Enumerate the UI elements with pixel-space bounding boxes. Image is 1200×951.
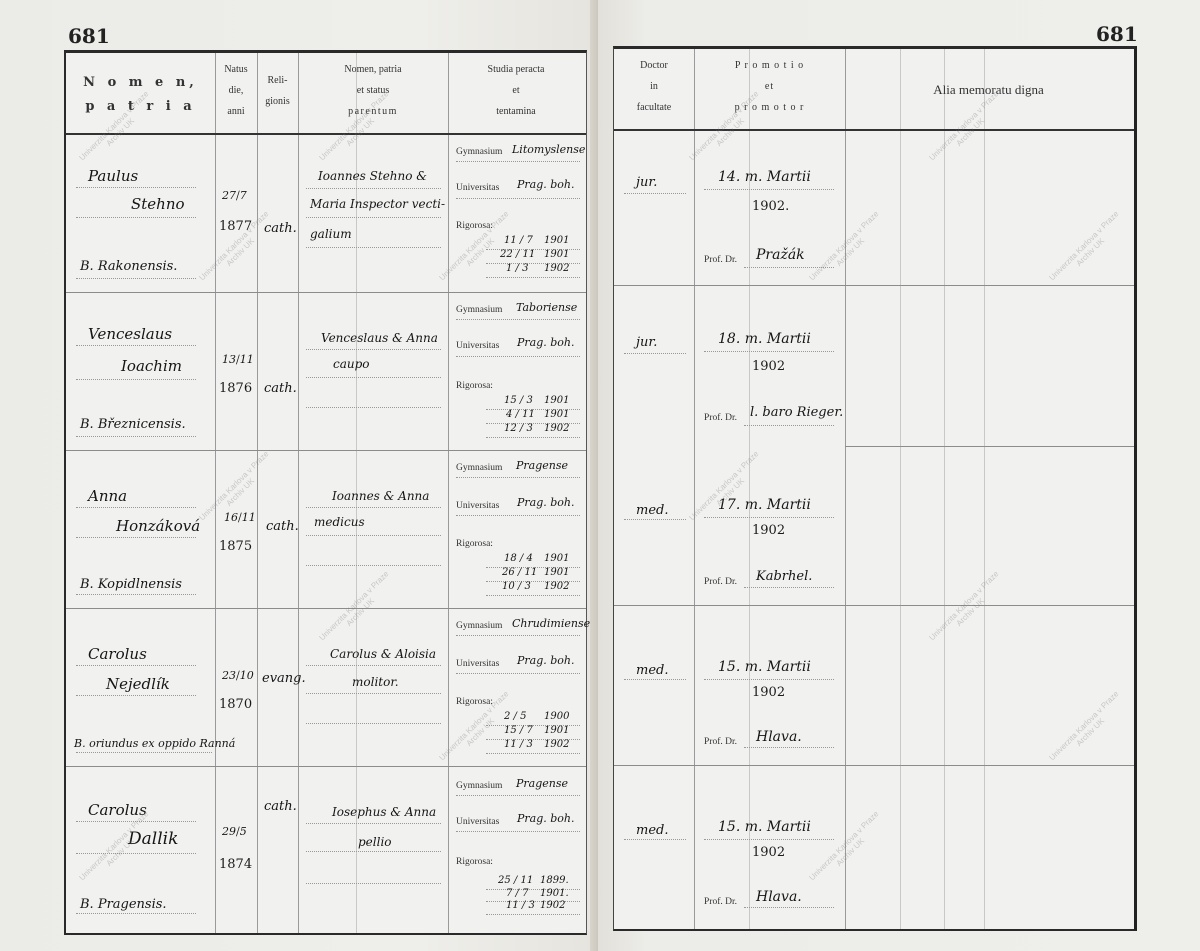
- dotted-line: [624, 193, 686, 194]
- entry-row-left: Anna Honzáková B. Kopidlnensis 16/11 187…: [66, 451, 586, 608]
- header-line: anni: [215, 101, 257, 122]
- promotor: Hlava.: [756, 889, 802, 905]
- dotted-line: [76, 752, 212, 753]
- parents-line3: galium: [310, 227, 352, 241]
- promotio-year: 1902: [752, 685, 785, 700]
- header-line: p a t r i a: [66, 95, 215, 119]
- rigorosum-year: 1901: [544, 725, 569, 736]
- natus-day-month: 29/5: [222, 825, 247, 838]
- universitas-label: Universitas: [456, 341, 499, 351]
- doctor-faculty: med.: [636, 503, 668, 518]
- parents-line1: Ioannes Stehno &: [318, 169, 427, 183]
- entry-row-right: med. 15. m. Martii 1902 Prof. Dr. Hlava.: [614, 767, 1134, 927]
- header-line: in: [614, 76, 694, 97]
- rigorosum-year: 1902: [544, 739, 569, 750]
- dotted-line: [456, 673, 580, 674]
- dotted-line: [306, 247, 441, 248]
- rigorosum-year: 1902: [544, 423, 569, 434]
- dotted-line: [624, 353, 686, 354]
- dotted-line: [624, 519, 686, 520]
- dotted-line: [486, 437, 580, 438]
- promotor: Kabrhel.: [756, 569, 812, 584]
- rigorosum-date: 11 / 7: [504, 235, 533, 246]
- patria: B. Kopidlnensis: [80, 577, 182, 592]
- rigorosum-date: 10 / 3: [502, 581, 531, 592]
- header-line: gionis: [257, 91, 298, 112]
- natus-day-month: 23/10: [222, 669, 254, 682]
- parents-line1: Iosephus & Anna: [332, 805, 436, 819]
- universitas-label: Universitas: [456, 659, 499, 669]
- promotio-date: 15. m. Martii: [718, 659, 811, 675]
- header-line: Reli-: [257, 70, 298, 91]
- universitas-label: Universitas: [456, 183, 499, 193]
- promotio-year: 1902: [752, 359, 785, 374]
- rigorosa-label: Rigorosa:: [456, 221, 493, 231]
- header-line: et: [448, 80, 584, 101]
- natus-year: 1870: [219, 697, 252, 712]
- gymnasium-label: Gymnasium: [456, 621, 502, 631]
- page-number-right: 681: [1096, 22, 1138, 46]
- natus-day-month: 16/11: [224, 511, 256, 524]
- dotted-line: [744, 267, 834, 268]
- parents-line2: medicus: [314, 515, 365, 529]
- dotted-line: [76, 695, 196, 696]
- prof-dr-label: Prof. Dr.: [704, 255, 737, 265]
- prof-dr-label: Prof. Dr.: [704, 737, 737, 747]
- natus-day-month: 13/11: [222, 353, 254, 366]
- rigorosum-year: 1902: [544, 581, 569, 592]
- rigorosum-year: 1899.: [540, 875, 569, 886]
- rigorosum-date: 2 / 5: [504, 711, 526, 722]
- header-nomen-patria: N o m e n, p a t r i a: [66, 71, 215, 119]
- dotted-line: [486, 595, 580, 596]
- universitas-label: Universitas: [456, 501, 499, 511]
- header-line: P r o m o t i o: [694, 55, 845, 76]
- dotted-line: [744, 747, 834, 748]
- rigorosum-year: 1901: [544, 553, 569, 564]
- dotted-line: [456, 356, 580, 357]
- gymnasium-label: Gymnasium: [456, 305, 502, 315]
- header-line: facultate: [614, 97, 694, 118]
- natus-year: 1874: [219, 857, 252, 872]
- prof-dr-label: Prof. Dr.: [704, 413, 737, 423]
- rigorosum-year: 1901: [544, 395, 569, 406]
- dotted-line: [76, 507, 196, 508]
- parents-line1: Venceslaus & Anna: [321, 331, 438, 345]
- gymnasium-value: Pragense: [516, 777, 568, 790]
- left-page: 681 N o m e n, p a t r i a Natus die, an…: [0, 0, 598, 951]
- prof-dr-label: Prof. Dr.: [704, 897, 737, 907]
- natus-month: 11: [240, 353, 254, 366]
- dotted-line: [456, 477, 580, 478]
- dotted-line: [76, 436, 196, 437]
- page-number-left: 681: [68, 24, 110, 48]
- natus-day: 13: [222, 353, 236, 366]
- promotio-date: 17. m. Martii: [718, 497, 811, 513]
- row-rule: [614, 765, 1134, 766]
- rigorosum-date: 25 / 11: [498, 875, 533, 886]
- dotted-line: [76, 537, 196, 538]
- dotted-line: [456, 319, 580, 320]
- gymnasium-label: Gymnasium: [456, 463, 502, 473]
- doctor-faculty: med.: [636, 823, 668, 838]
- right-register-table: Doctor in facultate P r o m o t i o et p…: [613, 46, 1137, 931]
- rigorosum-date: 15 / 7: [504, 725, 533, 736]
- surname: Dallik: [128, 829, 178, 849]
- gymnasium-value: Pragense: [516, 459, 568, 472]
- surname: Stehno: [131, 195, 185, 213]
- rigorosum-year: 1901: [544, 235, 569, 246]
- header-line: p r o m o t o r: [694, 97, 845, 118]
- dotted-line: [306, 665, 441, 666]
- header-line: et: [694, 76, 845, 97]
- patria: B. Pragensis.: [80, 897, 167, 912]
- dotted-line: [76, 665, 196, 666]
- header-natus: Natus die, anni: [215, 59, 257, 122]
- rigorosa-label: Rigorosa:: [456, 697, 493, 707]
- dotted-line: [456, 515, 580, 516]
- dotted-line: [456, 831, 580, 832]
- natus-day: 23: [222, 669, 236, 682]
- dotted-line: [76, 594, 196, 595]
- dotted-line: [704, 189, 834, 190]
- entry-row-right: jur. 14. m. Martii 1902. Prof. Dr. Pražá…: [614, 131, 1134, 285]
- right-page: 681 Doctor in facultate P r o m o t i o …: [598, 0, 1200, 951]
- dotted-line: [306, 723, 441, 724]
- row-rule: [614, 605, 1134, 606]
- header-promotio: P r o m o t i o et p r o m o t o r: [694, 55, 845, 118]
- entry-row-right: med. 17. m. Martii 1902 Prof. Dr. Kabrhe…: [614, 447, 1134, 605]
- header-line: Doctor: [614, 55, 694, 76]
- entry-row-left: Paulus Stehno B. Rakonensis. 27/7 1877 c…: [66, 135, 586, 292]
- dotted-line: [306, 851, 441, 852]
- dotted-line: [486, 914, 580, 915]
- given-name: Carolus: [88, 645, 147, 663]
- religion: cath.: [266, 519, 299, 534]
- doctor-faculty: jur.: [636, 335, 657, 350]
- dotted-line: [306, 188, 441, 189]
- dotted-line: [76, 187, 196, 188]
- dotted-line: [306, 217, 441, 218]
- dotted-line: [704, 839, 834, 840]
- header-alia-memoratu-digna: Alia memoratu digna: [845, 79, 1132, 100]
- entry-row-left: Carolus Nejedlík B. oriundus ex oppido R…: [66, 609, 586, 766]
- natus-year: 1876: [219, 381, 252, 396]
- parents-line1: Carolus & Aloisia: [330, 647, 436, 661]
- header-doctor: Doctor in facultate: [614, 55, 694, 118]
- dotted-line: [456, 198, 580, 199]
- entry-row-right: med. 15. m. Martii 1902 Prof. Dr. Hlava.: [614, 607, 1134, 765]
- parents-line2: pellio: [358, 835, 392, 849]
- dotted-line: [306, 507, 441, 508]
- dotted-line: [306, 535, 441, 536]
- rigorosum-date: 4 / 11: [506, 409, 535, 420]
- parents-line2: molitor.: [352, 675, 399, 689]
- dotted-line: [624, 679, 686, 680]
- dotted-line: [704, 351, 834, 352]
- doctor-faculty: med.: [636, 663, 668, 678]
- dotted-line: [306, 377, 441, 378]
- natus-day: 29: [222, 825, 236, 838]
- header-line: Natus: [215, 59, 257, 80]
- patria: B. Rakonensis.: [80, 259, 177, 274]
- rigorosum-year: 1902: [544, 263, 569, 274]
- dotted-line: [76, 217, 196, 218]
- universitas-label: Universitas: [456, 817, 499, 827]
- rigorosum-date: 7 / 7: [506, 888, 528, 899]
- natus-year: 1877: [219, 219, 252, 234]
- religion: cath.: [264, 381, 297, 396]
- rigorosum-year: 1901: [544, 409, 569, 420]
- rigorosum-year: 1901: [544, 567, 569, 578]
- gymnasium-value: Chrudimiense: [512, 617, 590, 630]
- given-name: Anna: [88, 487, 127, 505]
- universitas-value: Prag. boh.: [517, 336, 575, 349]
- dotted-line: [744, 907, 834, 908]
- universitas-value: Prag. boh.: [517, 178, 575, 191]
- header-line: tentamina: [448, 101, 584, 122]
- dotted-line: [456, 161, 580, 162]
- patria: B. Březnicensis.: [80, 417, 186, 432]
- promotor: l. baro Rieger.: [750, 405, 843, 420]
- header-line: Studia peracta: [448, 59, 584, 80]
- dotted-line: [76, 853, 196, 854]
- natus-day: 27: [222, 189, 236, 202]
- patria: B. oriundus ex oppido Ranná: [74, 737, 235, 750]
- dotted-line: [486, 753, 580, 754]
- dotted-line: [624, 839, 686, 840]
- gymnasium-label: Gymnasium: [456, 781, 502, 791]
- header-studia: Studia peracta et tentamina: [448, 59, 584, 122]
- religion: evang.: [262, 671, 306, 686]
- natus-day-month: 27/7: [222, 189, 247, 202]
- promotor: Pražák: [756, 247, 805, 263]
- rigorosum-year: 1901: [544, 249, 569, 260]
- rigorosum-date: 12 / 3: [504, 423, 533, 434]
- universitas-value: Prag. boh.: [517, 496, 575, 509]
- dotted-line: [306, 693, 441, 694]
- rigorosum-date: 11 / 3: [504, 739, 533, 750]
- promotio-date: 18. m. Martii: [718, 331, 811, 347]
- rigorosa-label: Rigorosa:: [456, 857, 493, 867]
- promotor: Hlava.: [756, 729, 802, 745]
- dotted-line: [704, 679, 834, 680]
- header-line: N o m e n,: [66, 71, 215, 95]
- promotio-date: 15. m. Martii: [718, 819, 811, 835]
- surname: Honzáková: [116, 517, 200, 535]
- gymnasium-value: Litomyslense: [512, 143, 585, 156]
- dotted-line: [744, 587, 834, 588]
- universitas-value: Prag. boh.: [517, 654, 575, 667]
- header-line: parentum: [298, 101, 448, 122]
- left-register-table: N o m e n, p a t r i a Natus die, anni R…: [64, 50, 587, 935]
- natus-day: 16: [224, 511, 238, 524]
- dotted-line: [76, 345, 196, 346]
- rigorosum-date: 26 / 11: [502, 567, 537, 578]
- doctor-faculty: jur.: [636, 175, 657, 190]
- rigorosum-date: 22 / 11: [500, 249, 535, 260]
- promotio-year: 1902.: [752, 199, 789, 214]
- gymnasium-label: Gymnasium: [456, 147, 502, 157]
- dotted-line: [306, 565, 441, 566]
- entry-row-right: jur. 18. m. Martii 1902 Prof. Dr. l. bar…: [614, 287, 1134, 445]
- parents-line1: Ioannes & Anna: [332, 489, 429, 503]
- dotted-line: [456, 635, 580, 636]
- row-rule: [614, 285, 1134, 286]
- header-line: Nomen, patria: [298, 59, 448, 80]
- rigorosum-year: 1900: [544, 711, 569, 722]
- surname: Nejedlík: [106, 675, 170, 693]
- given-name: Carolus: [88, 801, 147, 819]
- rigorosa-label: Rigorosa:: [456, 539, 493, 549]
- header-line: et status: [298, 80, 448, 101]
- dotted-line: [704, 517, 834, 518]
- natus-year: 1875: [219, 539, 252, 554]
- surname: Ioachim: [121, 357, 182, 375]
- rigorosum-date: 18 / 4: [504, 553, 533, 564]
- dotted-line: [486, 277, 580, 278]
- dotted-line: [76, 278, 196, 279]
- given-name: Paulus: [88, 167, 138, 185]
- gymnasium-value: Taboriense: [516, 301, 577, 314]
- header-line: die,: [215, 80, 257, 101]
- promotio-year: 1902: [752, 523, 785, 538]
- entry-row-left: Carolus Dallik B. Pragensis. 29/5 1874 c…: [66, 767, 586, 927]
- entry-row-left: Venceslaus Ioachim B. Březnicensis. 13/1…: [66, 293, 586, 450]
- dotted-line: [306, 407, 441, 408]
- parents-line2: Maria Inspector vecti-: [310, 197, 445, 211]
- rigorosum-date: 11 / 3: [506, 900, 535, 911]
- natus-month: 11: [242, 511, 256, 524]
- dotted-line: [76, 379, 196, 380]
- religion: cath.: [264, 221, 297, 236]
- dotted-line: [306, 349, 441, 350]
- given-name: Venceslaus: [88, 325, 172, 343]
- header-religionis: Reli- gionis: [257, 70, 298, 112]
- rigorosum-date: 15 / 3: [504, 395, 533, 406]
- header-parentum: Nomen, patria et status parentum: [298, 59, 448, 122]
- rigorosa-label: Rigorosa:: [456, 381, 493, 391]
- promotio-year: 1902: [752, 845, 785, 860]
- universitas-value: Prag. boh.: [517, 812, 575, 825]
- promotio-date: 14. m. Martii: [718, 169, 811, 185]
- parents-line2: caupo: [333, 357, 370, 371]
- natus-month: 10: [240, 669, 254, 682]
- religion: cath.: [264, 799, 297, 814]
- dotted-line: [456, 795, 580, 796]
- dotted-line: [306, 883, 441, 884]
- rigorosum-date: 1 / 3: [506, 263, 528, 274]
- prof-dr-label: Prof. Dr.: [704, 577, 737, 587]
- dotted-line: [76, 913, 196, 914]
- dotted-line: [76, 821, 196, 822]
- dotted-line: [744, 425, 834, 426]
- dotted-line: [306, 823, 441, 824]
- rigorosum-year: 1902: [540, 900, 565, 911]
- rigorosum-year: 1901.: [540, 888, 569, 899]
